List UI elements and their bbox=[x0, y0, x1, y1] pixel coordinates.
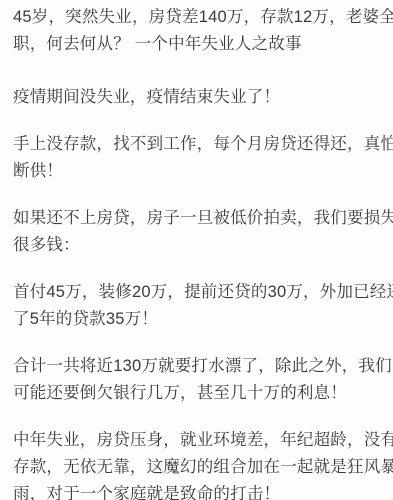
text-line: 断供！ bbox=[13, 158, 380, 185]
paragraph: 手上没存款，找不到工作，每个月房贷还得还，真怕 断供！ bbox=[13, 131, 380, 185]
paragraph: 合计一共将近130万就要打水漂了，除此之外，我们 可能还要倒欠银行几万，甚至几十… bbox=[13, 353, 380, 407]
text-line: 首付45万，装修20万，提前还贷的30万，外加已经还 bbox=[13, 279, 380, 306]
text-line: 合计一共将近130万就要打水漂了，除此之外，我们 bbox=[13, 353, 380, 380]
text-line: 职，何去何从？ 一个中年失业人之故事 bbox=[13, 31, 380, 58]
text-line: 了5年的贷款35万！ bbox=[13, 306, 380, 333]
paragraph: 疫情期间没失业，疫情结束失业了！ bbox=[13, 84, 380, 111]
paragraph: 中年失业，房贷压身，就业环境差，年纪超龄，没有 存款，无依无靠，这魔幻的组合加在… bbox=[13, 427, 380, 500]
text-line: 45岁，突然失业，房贷差140万，存款12万，老婆全 bbox=[13, 4, 380, 31]
text-line: 疫情期间没失业，疫情结束失业了！ bbox=[13, 84, 380, 111]
text-line: 存款，无依无靠，这魔幻的组合加在一起就是狂风暴 bbox=[13, 454, 380, 481]
text-line: 可能还要倒欠银行几万，甚至几十万的利息！ bbox=[13, 380, 380, 407]
paragraph: 如果还不上房贷，房子一旦被低价拍卖，我们要损失 很多钱： bbox=[13, 205, 380, 259]
text-line: 如果还不上房贷，房子一旦被低价拍卖，我们要损失 bbox=[13, 205, 380, 232]
text-line: 雨，对于一个家庭就是致命的打击！ bbox=[13, 481, 380, 500]
article-body: 45岁，突然失业，房贷差140万，存款12万，老婆全 职，何去何从？ 一个中年失… bbox=[0, 0, 393, 500]
text-line: 手上没存款，找不到工作，每个月房贷还得还，真怕 bbox=[13, 131, 380, 158]
text-line: 中年失业，房贷压身，就业环境差，年纪超龄，没有 bbox=[13, 427, 380, 454]
paragraph: 首付45万，装修20万，提前还贷的30万，外加已经还 了5年的贷款35万！ bbox=[13, 279, 380, 333]
text-line: 很多钱： bbox=[13, 232, 380, 259]
headline-paragraph: 45岁，突然失业，房贷差140万，存款12万，老婆全 职，何去何从？ 一个中年失… bbox=[13, 4, 380, 58]
